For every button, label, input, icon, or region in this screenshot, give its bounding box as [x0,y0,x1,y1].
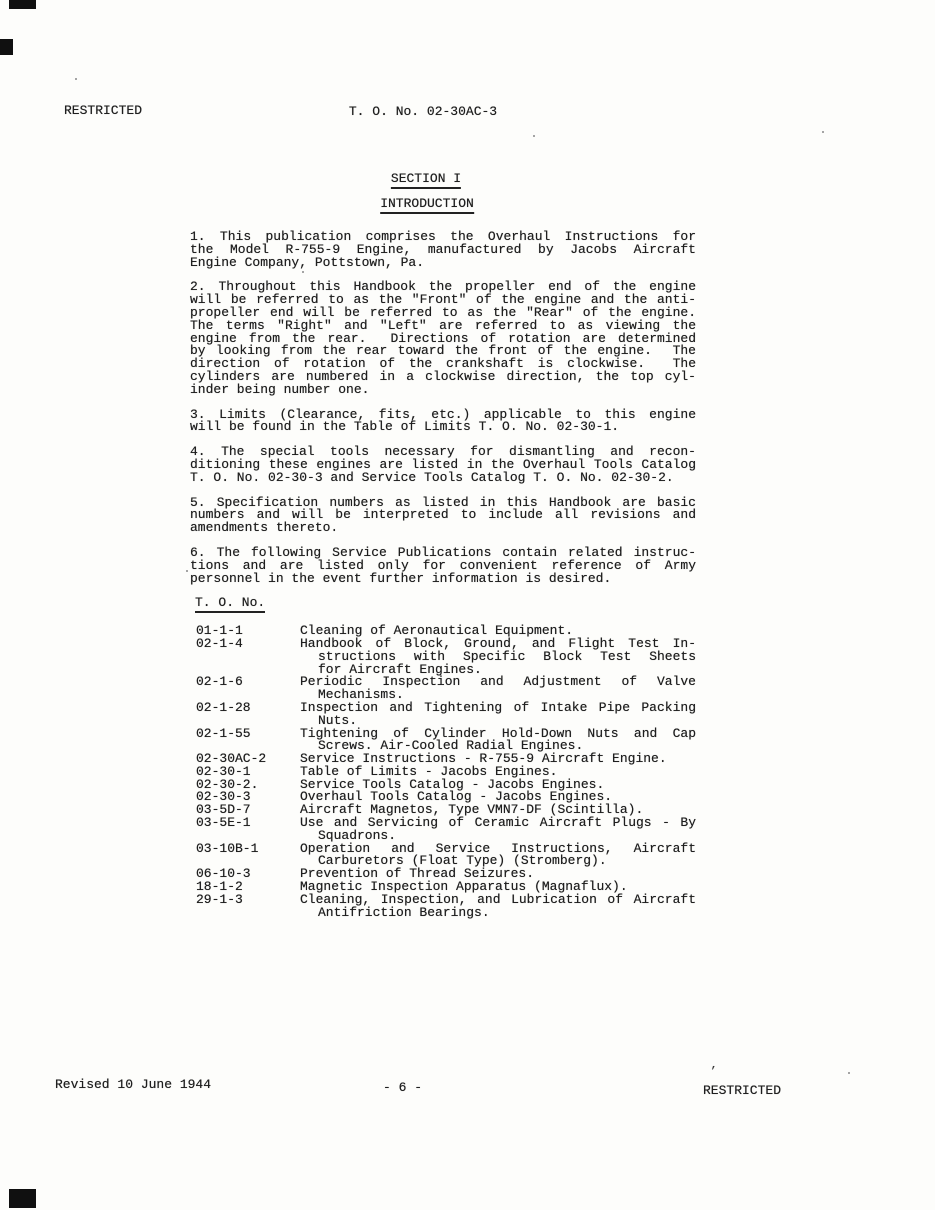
to-item-description: Cleaning, Inspection, and Lubrication of… [300,894,696,920]
scan-speck [848,1072,850,1074]
paragraph-line: amendments thereto. [190,522,696,535]
scan-edge-mark [9,0,36,9]
to-list-item: 02-1-4Handbook of Block, Ground, and Fli… [190,638,696,676]
to-item-number: 02-1-55 [196,728,251,741]
body-text-column: 1. This publication comprises the Overha… [190,231,696,919]
to-reference-list: 01-1-1Cleaning of Aeronautical Equipment… [190,625,696,919]
to-item-number: 29-1-3 [196,894,243,907]
to-list-item: 02-1-55Tightening of Cylinder Hold-Down … [190,728,696,754]
to-item-line: Antifriction Bearings. [300,907,696,920]
document-page: ’ RESTRICTED T. O. No. 02-30AC-3 SECTION… [0,0,935,1210]
classification-header: RESTRICTED [64,105,142,118]
scan-speck [75,78,77,80]
document-number-header: T. O. No. 02-30AC-3 [349,106,497,119]
to-list-item: 02-1-6Periodic Inspection and Adjustment… [190,676,696,702]
paragraph-line: inder being number one. [190,384,696,397]
section-subheading: INTRODUCTION [380,198,474,214]
to-item-line: Inspection and Tightening of Intake Pipe… [300,702,696,715]
to-item-description: Inspection and Tightening of Intake Pipe… [300,702,696,728]
to-item-description: Tightening of Cylinder Hold-Down Nuts an… [300,728,696,754]
paragraph-line: will be found in the Table of Limits T. … [190,421,696,434]
page-number: - 6 - [383,1082,422,1095]
revision-date: Revised 10 June 1944 [55,1079,211,1092]
introduction-paragraphs: 1. This publication comprises the Overha… [190,231,696,585]
classification-footer: RESTRICTED [703,1085,781,1098]
to-item-description: Periodic Inspection and Adjustment of Va… [300,676,696,702]
paragraph: 4. The special tools necessary for disma… [190,446,696,484]
section-heading: SECTION I [391,173,461,189]
paragraph-line: T. O. No. 02-30-3 and Service Tools Cata… [190,472,696,485]
to-item-number: 03-5E-1 [196,817,251,830]
to-list-heading-row: T. O. No. [190,597,696,625]
scan-speck [186,570,188,572]
paragraph: 1. This publication comprises the Overha… [190,231,696,269]
scan-edge-mark [9,1189,36,1208]
to-item-description: Handbook of Block, Ground, and Flight Te… [300,638,696,676]
to-item-description: Use and Servicing of Ceramic Aircraft Pl… [300,817,696,843]
to-item-number: 03-10B-1 [196,843,258,856]
to-item-number: 02-1-6 [196,676,243,689]
paragraph: 2. Throughout this Handbook the propelle… [190,281,696,396]
paragraph: 3. Limits (Clearance, fits, etc.) applic… [190,409,696,435]
to-item-number: 02-1-4 [196,638,243,651]
to-list-item: 03-10B-1Operation and Service Instructio… [190,843,696,869]
to-list-item: 02-1-28Inspection and Tightening of Inta… [190,702,696,728]
paragraph-line: Engine Company, Pottstown, Pa. [190,257,696,270]
to-list-item: 29-1-3Cleaning, Inspection, and Lubricat… [190,894,696,920]
paragraph: 5. Specification numbers as listed in th… [190,497,696,535]
paragraph-line: personnel in the event further informati… [190,573,696,586]
to-item-description: Operation and Service Instructions, Airc… [300,843,696,869]
scan-apostrophe-mark: ’ [710,1066,717,1079]
scan-speck [533,135,535,137]
paragraph: 6. The following Service Publications co… [190,547,696,585]
scan-speck [822,131,824,133]
to-item-number: 02-1-28 [196,702,251,715]
scan-edge-mark [0,39,13,55]
to-list-item: 03-5E-1Use and Servicing of Ceramic Airc… [190,817,696,843]
to-list-heading: T. O. No. [195,597,265,613]
